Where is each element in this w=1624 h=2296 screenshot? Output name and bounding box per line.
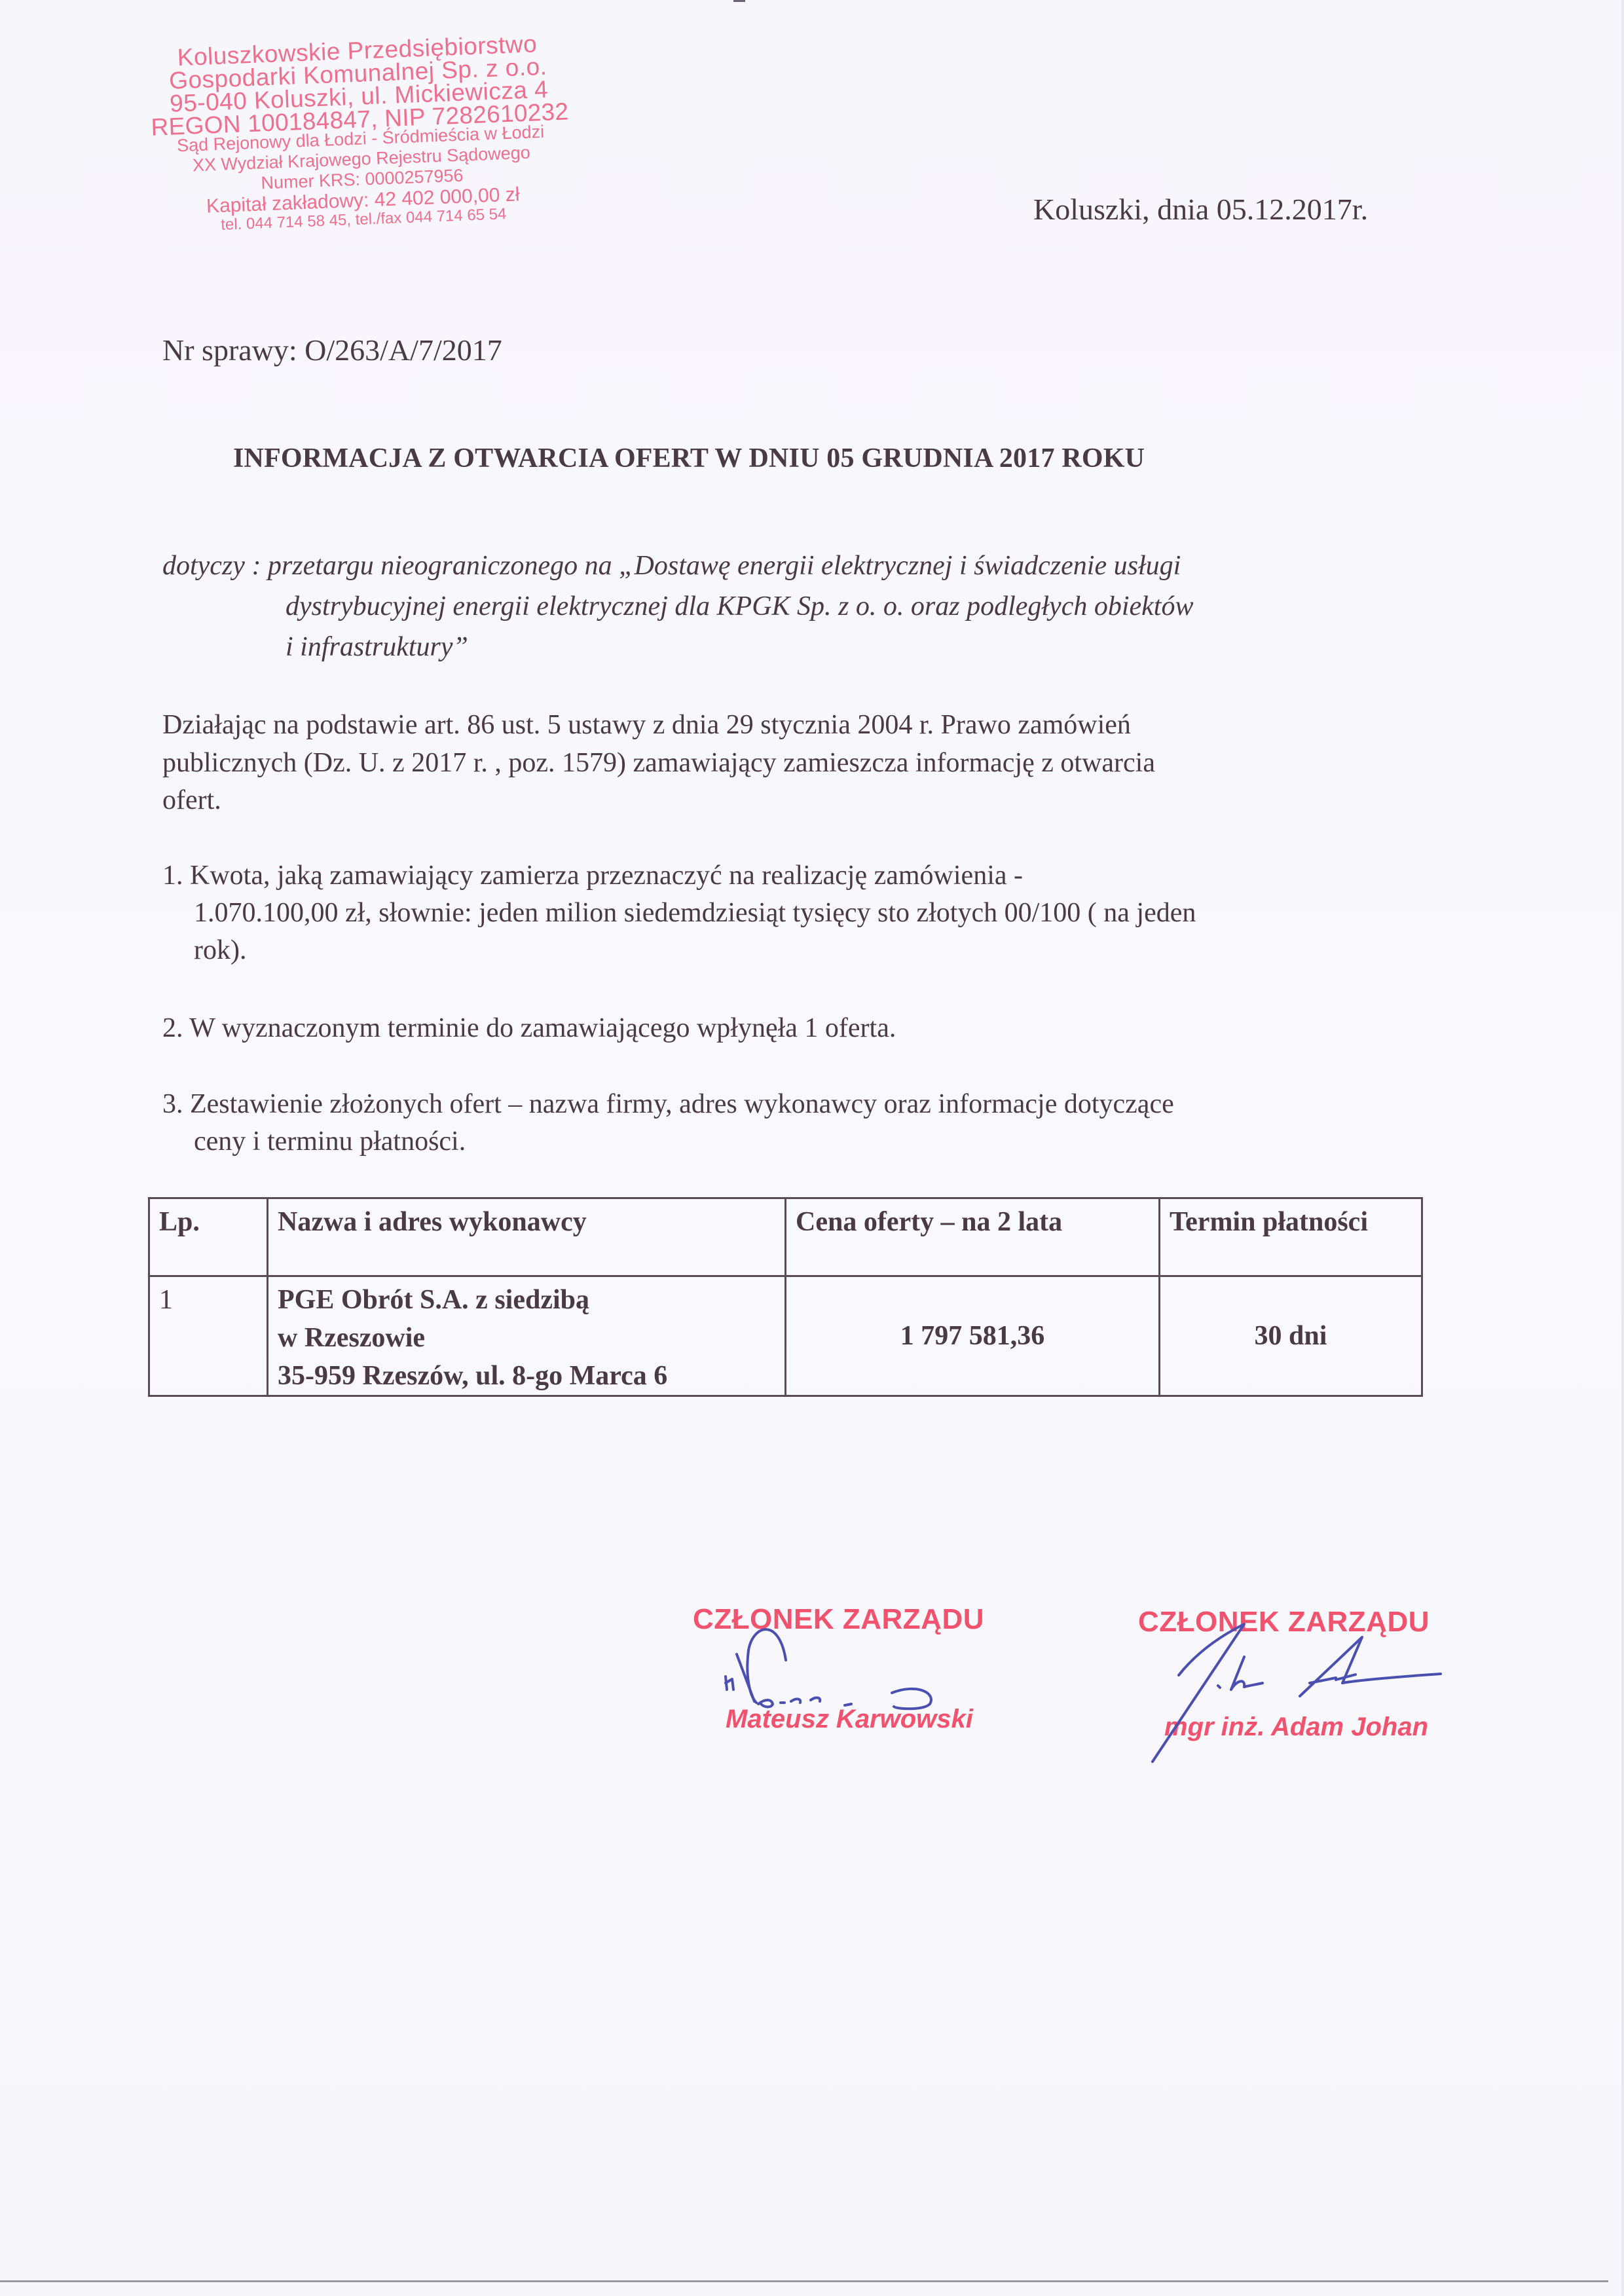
case-number: Nr sprawy: O/263/A/7/2017 [162,333,502,367]
contractor-line: 35-959 Rzeszów, ul. 8-go Marca 6 [278,1357,775,1395]
signature-2-stroke [1231,1657,1263,1690]
item-1-line: 1. Kwota, jaką zamawiający zamierza prze… [162,860,1023,891]
cell-payment-term: 30 dni [1160,1276,1422,1396]
signature-stamp-2-title: CZŁONEK ZARZĄDU [1138,1606,1430,1639]
signature-2-stroke [1300,1637,1441,1696]
signature-1-stroke [737,1654,754,1701]
item-1-line: 1.070.100,00 zł, słownie: jeden milion s… [194,897,1196,929]
legal-basis-line: publicznych (Dz. U. z 2017 r. , poz. 157… [162,747,1155,779]
cell-contractor: PGE Obrót S.A. z siedzibą w Rzeszowie 35… [268,1276,786,1396]
page-edge [1621,0,1624,2296]
document-title: INFORMACJA Z OTWARCIA OFERT W DNIU 05 GR… [233,443,1145,474]
document-page: Koluszkowskie Przedsiębiorstwo Gospodark… [0,0,1624,2296]
signature-2-stroke [1336,1675,1356,1680]
signature-2-stroke [1218,1686,1220,1688]
concerns-line: dotyczy : przetargu nieograniczonego na … [162,550,1181,582]
offers-table: Lp. Nazwa i adres wykonawcy Cena oferty … [148,1197,1423,1397]
header-payment-term: Termin płatności [1160,1198,1422,1276]
signature-stamp-2-name: mgr inż. Adam Johan [1164,1713,1428,1742]
item-1-line: rok). [194,935,246,966]
item-3-line: ceny i terminu płatności. [194,1126,466,1157]
cell-price: 1 797 581,36 [786,1276,1160,1396]
header-lp: Lp. [149,1198,268,1276]
signature-1-stroke [726,1676,733,1690]
legal-basis-line: Działając na podstawie art. 86 ust. 5 us… [162,709,1131,741]
contractor-line: w Rzeszowie [278,1319,775,1357]
legal-basis-line: ofert. [162,785,221,816]
signature-stamp-1-title: CZŁONEK ZARZĄDU [693,1603,984,1636]
page-bottom-edge [0,2280,1608,2282]
signature-stamp-1-name: Mateusz Karwowski [726,1705,973,1734]
company-stamp: Koluszkowskie Przedsiębiorstwo Gospodark… [131,30,590,236]
header-price: Cena oferty – na 2 lata [786,1198,1160,1276]
signature-1-stroke [781,1697,820,1703]
place-date: Koluszki, dnia 05.12.2017r. [1033,192,1368,227]
scan-mark [733,0,745,2]
item-3-line: 3. Zestawienie złożonych ofert – nazwa f… [162,1088,1174,1120]
cell-lp: 1 [149,1276,268,1396]
item-2: 2. W wyznaczonym terminie do zamawiające… [162,1012,896,1044]
concerns-line: dystrybucyjnej energii elektrycznej dla … [286,591,1193,622]
signature-1-stroke [747,1629,786,1703]
contractor-line: PGE Obrót S.A. z siedzibą [278,1281,775,1319]
header-contractor: Nazwa i adres wykonawcy [268,1198,786,1276]
table-header-row: Lp. Nazwa i adres wykonawcy Cena oferty … [149,1198,1422,1276]
concerns-line: i infrastruktury” [286,631,468,663]
table-row: 1 PGE Obrót S.A. z siedzibą w Rzeszowie … [149,1276,1422,1396]
